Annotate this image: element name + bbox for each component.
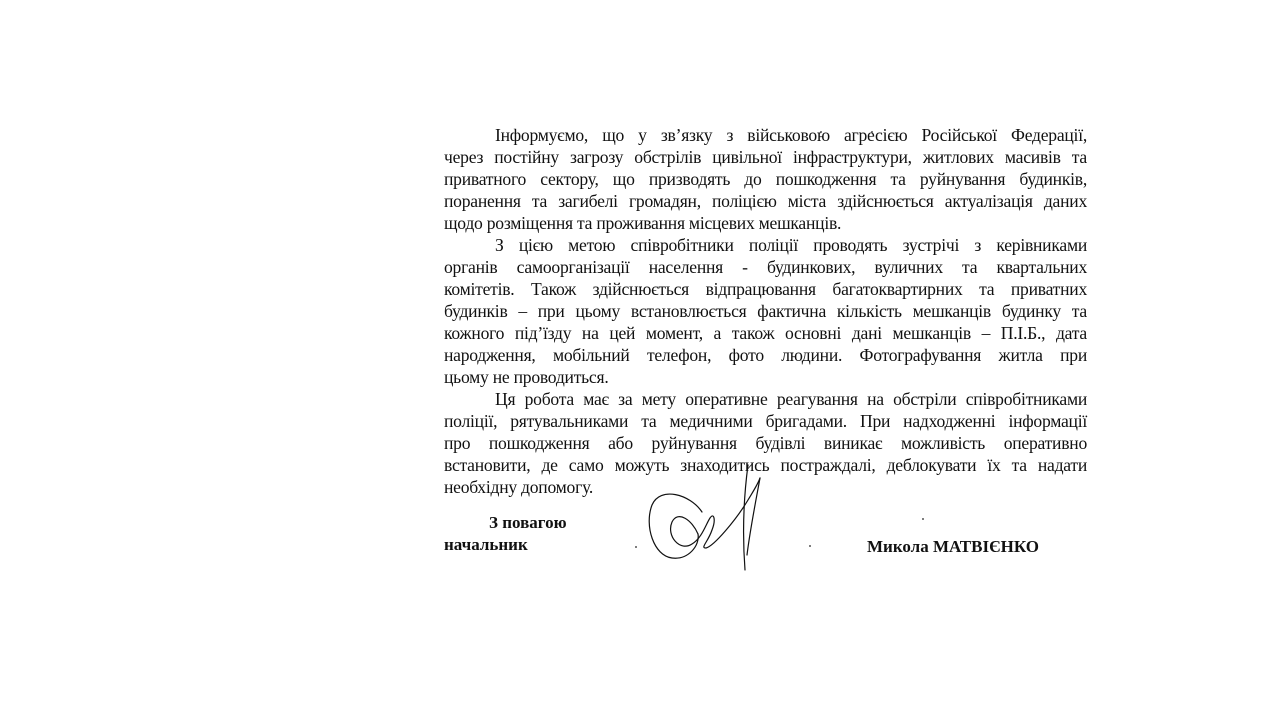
letter-body: Інформуємо, що у зв’язку з військовою аг… [444,124,1087,498]
scan-speck [922,518,924,520]
paragraph-3-line-3: про пошкодження або руйнування будівлі в… [444,432,1087,454]
paragraph-2-line-6: народження, мобільний телефон, фото люди… [444,344,1087,366]
paragraph-1-line-5: щодо розміщення та проживання місцевих м… [444,212,1087,234]
handwritten-signature-icon [640,460,780,575]
paragraph-3-line-1: Ця робота має за мету оперативне реагува… [444,388,1087,410]
scan-speck [809,545,811,547]
paragraph-1-line-2: через постійну загрозу обстрілів цивільн… [444,146,1087,168]
signatory-name: Микола МАТВІЄНКО [867,536,1039,558]
paragraph-2-line-1: З цією метою співробітники поліції прово… [444,234,1087,256]
paragraph-1-line-3: приватного сектору, що призводять до пош… [444,168,1087,190]
paragraph-3-line-2: поліції, рятувальниками та медичними бри… [444,410,1087,432]
scan-speck [820,131,822,133]
paragraph-2-line-5: кожного під’їзду на цей момент, а також … [444,322,1087,344]
paragraph-2-line-3: комітетів. Також здійснюється відпрацюва… [444,278,1087,300]
scan-speck [635,546,637,548]
paragraph-2-line-7: цьому не проводиться. [444,366,1087,388]
paragraph-2-line-4: будинків – при цьому встановлюється факт… [444,300,1087,322]
scan-speck [871,131,873,133]
paragraph-1-line-4: поранення та загибелі громадян, поліцією… [444,190,1087,212]
paragraph-1-line-1: Інформуємо, що у зв’язку з військовою аг… [444,124,1087,146]
paragraph-2-line-2: органів самоорганізації населення - буди… [444,256,1087,278]
signatory-position: начальник [444,534,528,556]
closing-salutation: З повагою [489,512,567,534]
